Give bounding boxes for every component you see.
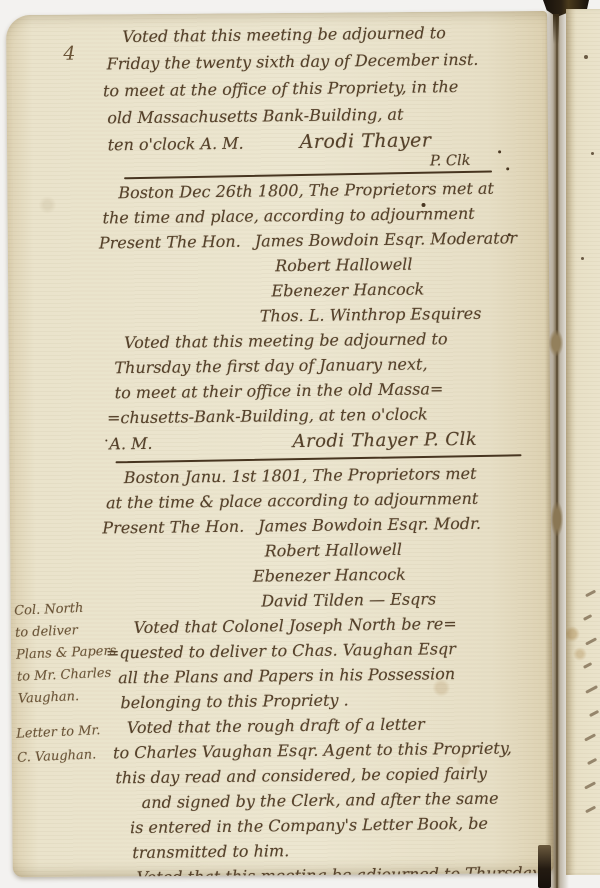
margin-note-line: Vaughan. bbox=[17, 685, 106, 711]
manuscript-line: ten o'clock A. M. bbox=[108, 130, 244, 159]
bleedthrough-mark bbox=[584, 733, 596, 741]
ink-speck bbox=[581, 257, 584, 260]
entry-meeting-jan1-1801: Boston Janu. 1st 1801, The Proprietors m… bbox=[102, 460, 530, 877]
present-row: Present The Hon. James Bowdoin Esqr. Mod… bbox=[99, 225, 522, 255]
bleedthrough-mark bbox=[589, 710, 599, 717]
binding-bottom-mark bbox=[538, 845, 551, 888]
ink-speck bbox=[591, 152, 594, 155]
gutter-seam bbox=[556, 0, 558, 888]
bleedthrough-mark bbox=[585, 806, 596, 813]
bleedthrough-mark bbox=[584, 781, 596, 789]
attendee-name: Robert Hallowell bbox=[264, 535, 525, 563]
bleedthrough-mark bbox=[585, 637, 597, 645]
margin-note-letter-vaughan: Letter to Mr. C. Vaughan. bbox=[16, 719, 106, 771]
bleedthrough-mark bbox=[583, 662, 592, 668]
entry-adjournment-dec: Voted that this meeting be adjourned to … bbox=[96, 18, 521, 174]
manuscript-photo: 4 Col. North to deliver Plans & Papers t… bbox=[0, 0, 600, 888]
manuscript-line: is entered in the Company's Letter Book,… bbox=[130, 810, 529, 840]
entry-meeting-dec26-1800: Boston Dec 26th 1800, The Proprietors me… bbox=[98, 175, 524, 457]
manuscript-line: A. M. bbox=[109, 431, 153, 457]
ink-speck bbox=[584, 55, 588, 59]
present-row: Present The Hon. James Bowdoin Esqr. Mod… bbox=[102, 510, 525, 540]
clerk-signature: Arodi Thayer bbox=[299, 127, 431, 156]
margin-note-col-north: Col. North to deliver Plans & Papers to … bbox=[14, 597, 107, 711]
attendee-name: James Bowdoin Esqr. Modr. bbox=[258, 511, 481, 539]
margin-note-line: to Mr. Charles bbox=[17, 663, 106, 689]
manuscript-page: 4 Col. North to deliver Plans & Papers t… bbox=[6, 11, 554, 877]
attendee-name: James Bowdoin Esqr. Moderator bbox=[255, 225, 517, 253]
present-label: Present The Hon. bbox=[99, 229, 241, 256]
bleedthrough-mark bbox=[583, 614, 592, 620]
attendee-name: Ebenezer Hancock bbox=[271, 275, 522, 303]
bleedthrough-mark bbox=[585, 685, 598, 693]
margin-note-line: C. Vaughan. bbox=[17, 743, 106, 771]
manuscript-line: to meet at the office of this Propriety,… bbox=[103, 72, 520, 104]
clerk-title: P. Clk bbox=[430, 153, 521, 170]
binding-thread bbox=[549, 330, 563, 356]
bleedthrough-mark bbox=[587, 758, 597, 765]
attendee-name: Ebenezer Hancock bbox=[253, 560, 526, 588]
bleedthrough-mark bbox=[585, 590, 596, 597]
attendee-name: David Tilden — Esqrs bbox=[261, 585, 526, 613]
clerk-signature: Arodi Thayer P. Clk bbox=[292, 426, 477, 455]
facing-page-edge bbox=[566, 9, 600, 875]
binding-thread bbox=[551, 502, 563, 536]
page-number: 4 bbox=[63, 43, 75, 65]
attendee-name: Robert Hallowell bbox=[275, 250, 522, 278]
manuscript-text-column: Voted that this meeting be adjourned to … bbox=[96, 18, 530, 877]
present-label: Present The Hon. bbox=[102, 514, 244, 541]
signature-row: A. M. Arodi Thayer P. Clk bbox=[101, 425, 524, 457]
bookmark-ribbon-tail bbox=[553, 14, 559, 44]
attendee-name: Thos. L. Winthrop Esquires bbox=[260, 300, 523, 328]
